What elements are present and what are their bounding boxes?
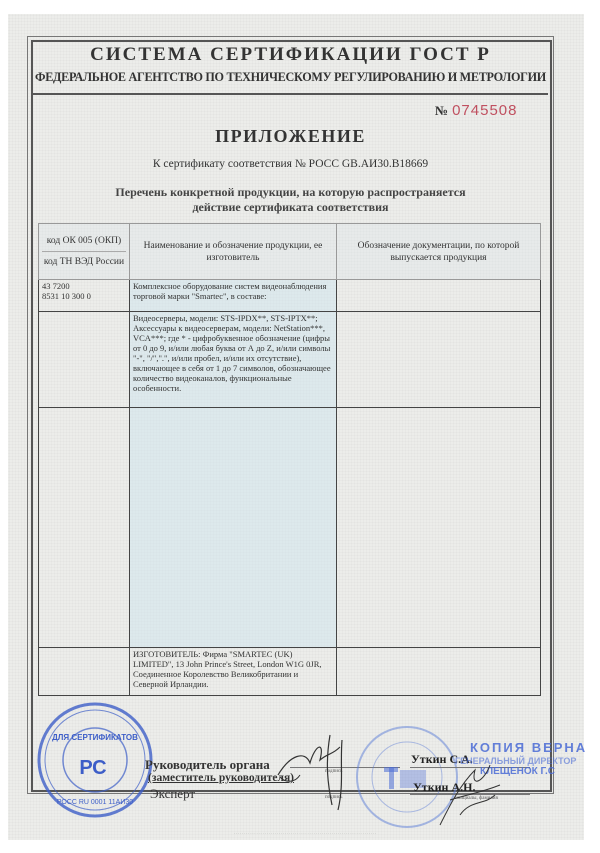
row-codes: 43 7200 8531 10 300 0: [39, 280, 130, 312]
product-table: код ОК 005 (ОКП) код ТН ВЭД России Наиме…: [38, 223, 541, 696]
header-product: Наименование и обозначение продукции, ее…: [130, 224, 337, 280]
number-sign: №: [435, 103, 448, 118]
row-codes: [39, 408, 130, 648]
table-row: [39, 408, 541, 648]
header-codes: код ОК 005 (ОКП) код ТН ВЭД России: [39, 224, 130, 280]
row-product: Видеосерверы, модели: STS-IPDX**, STS-IP…: [130, 312, 337, 408]
agency-title: ФЕДЕРАЛЬНОЕ АГЕНТСТВО ПО ТЕХНИЧЕСКОМУ РЕ…: [33, 70, 548, 85]
row-product: [130, 408, 337, 648]
list-title: Перечень конкретной продукции, на котору…: [33, 185, 548, 215]
table-row: ИЗГОТОВИТЕЛЬ: Фирма "SMARTEC (UK) LIMITE…: [39, 648, 541, 696]
form-number-value: 0745508: [452, 102, 517, 119]
table-row: 43 7200 8531 10 300 0 Комплексное оборуд…: [39, 280, 541, 312]
table-header: код ОК 005 (ОКП) код ТН ВЭД России Наиме…: [39, 224, 541, 280]
code-okp: 43 7200: [42, 281, 126, 291]
row-documentation: [337, 648, 541, 696]
header-code-tnved: код ТН ВЭД России: [42, 251, 126, 272]
row-codes: [39, 312, 130, 408]
row-documentation: [337, 408, 541, 648]
row-documentation: [337, 312, 541, 408]
annex-title: ПРИЛОЖЕНИЕ: [33, 126, 548, 147]
list-title-line2: действие сертификата соответствия: [33, 200, 548, 215]
print-footer: · · · · · · · · · · · · · · · · · · · · …: [140, 832, 470, 836]
row-manufacturer: ИЗГОТОВИТЕЛЬ: Фирма "SMARTEC (UK) LIMITE…: [130, 648, 337, 696]
certificate-reference: К сертификату соответствия № РОСС GB.АИ3…: [33, 158, 548, 170]
header-divider: [33, 93, 548, 95]
form-number: №0745508: [435, 102, 517, 119]
row-codes: [39, 648, 130, 696]
list-title-line1: Перечень конкретной продукции, на котору…: [33, 185, 548, 200]
table-row: Видеосерверы, модели: STS-IPDX**, STS-IP…: [39, 312, 541, 408]
row-product: Комплексное оборудование систем видеонаб…: [130, 280, 337, 312]
code-tnved: 8531 10 300 0: [42, 291, 126, 301]
system-title: СИСТЕМА СЕРТИФИКАЦИИ ГОСТ Р: [33, 44, 548, 66]
header-documentation: Обозначение документации, по которой вып…: [337, 224, 541, 280]
row-documentation: [337, 280, 541, 312]
header-code-okp: код ОК 005 (ОКП): [42, 231, 126, 251]
